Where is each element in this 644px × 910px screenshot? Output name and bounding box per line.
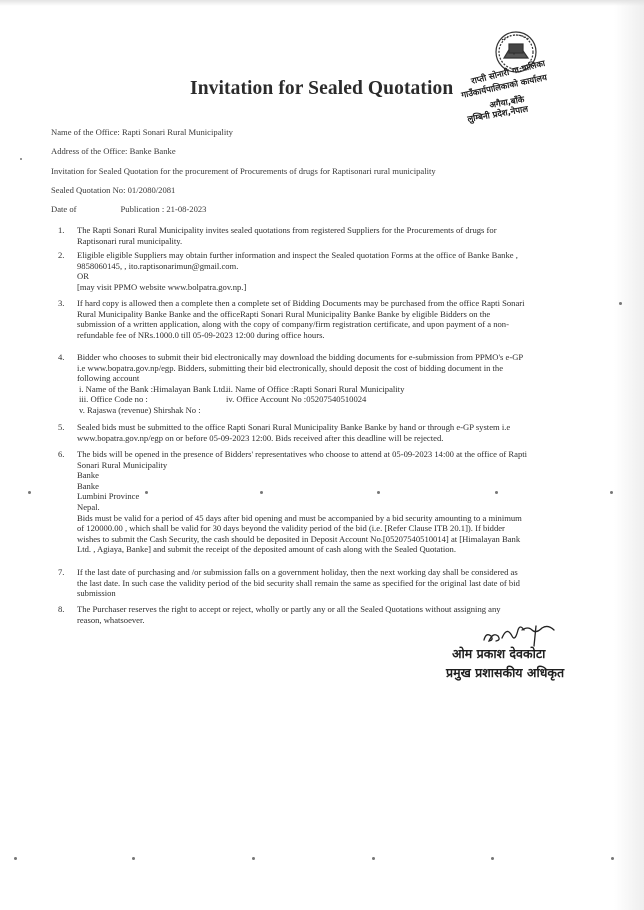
scan-speck	[377, 491, 380, 494]
item-line: Eligible eligible Suppliers may obtain f…	[77, 250, 587, 261]
item-line: Bids must be valid for a period of 45 da…	[77, 513, 587, 524]
scan-speck	[132, 857, 135, 860]
item-line: Lumbini Province	[77, 491, 587, 502]
item-number: 5.	[58, 422, 74, 433]
item-number: 6.	[58, 449, 74, 460]
scan-speck	[28, 491, 31, 494]
list-item-2: 2. Eligible eligible Suppliers may obtai…	[58, 250, 588, 292]
item-number: 8.	[58, 604, 74, 615]
account-row-3: v. Rajaswa (revenue) Shirshak No :	[77, 405, 587, 416]
office-address-field: Address of the Office: Banke Banke	[51, 146, 176, 156]
item-number: 1.	[58, 225, 74, 236]
item-line: the last date. In such case the validity…	[77, 578, 587, 589]
item-line: submission	[77, 588, 587, 599]
scan-speck	[491, 857, 494, 860]
office-code: iii. Office Code no :	[77, 394, 226, 405]
item-line: refundable fee of NRs.1000.0 till 05-09-…	[77, 330, 587, 341]
contact-email-link[interactable]: 9858060145, , ito.raptisonarimun@gmail.c…	[77, 261, 587, 272]
item-number: 4.	[58, 352, 74, 363]
date-label: Date of	[51, 204, 77, 214]
publication-date-field: Date ofPublication : 21-08-2023	[51, 204, 206, 214]
item-line: Sonari Rural Municipality	[77, 460, 587, 471]
scan-top-shade	[0, 0, 644, 6]
item-number: 3.	[58, 298, 74, 309]
office-name-field: Name of the Office: Rapti Sonari Rural M…	[51, 127, 233, 137]
list-item-4: 4. Bidder who chooses to submit their bi…	[58, 352, 588, 416]
item-line: The Rapti Sonari Rural Municipality invi…	[77, 225, 587, 236]
quotation-number-field: Sealed Quotation No: 01/2080/2081	[51, 185, 175, 195]
item-line: The Purchaser reserves the right to acce…	[77, 604, 587, 615]
item-line: submission of a written application, alo…	[77, 319, 587, 330]
item-line: i.e www.bopatra.gov.np/egp. Bidders, sub…	[77, 363, 587, 374]
item-line: If the last date of purchasing and /or s…	[77, 567, 587, 578]
list-item-7: 7. If the last date of purchasing and /o…	[58, 567, 588, 599]
item-line: Rural Municipality Banke Banke and the o…	[77, 309, 587, 320]
bank-name: i. Name of the Bank :Himalayan Bank Ltd.	[77, 384, 226, 395]
scan-speck	[14, 857, 17, 860]
item-line: wishes to submit the Cash Security, the …	[77, 534, 587, 545]
item-line: Bidder who chooses to submit their bid e…	[77, 352, 587, 363]
list-item-3: 3. If hard copy is allowed then a comple…	[58, 298, 588, 340]
scan-speck	[260, 491, 263, 494]
item-line: If hard copy is allowed then a complete …	[77, 298, 587, 309]
document-title: Invitation for Sealed Quotation	[190, 78, 453, 100]
item-number: 7.	[58, 567, 74, 578]
scan-speck	[619, 302, 622, 305]
scan-speck	[20, 158, 22, 160]
item-line: The bids will be opened in the presence …	[77, 449, 587, 460]
item-line: www.bopatra.gov.np/egp on or before 05-0…	[77, 433, 587, 444]
list-item-6: 6. The bids will be opened in the presen…	[58, 449, 588, 555]
item-line: Sealed bids must be submitted to the off…	[77, 422, 587, 433]
government-seal-icon: राप्ती सोनारी गा.पालिका गाउँकार्यपालिकाक…	[448, 18, 578, 138]
account-office-name: ii. Name of Office :Rapti Sonari Rural M…	[226, 384, 404, 394]
document-page: Invitation for Sealed Quotation राप्ती स…	[0, 0, 644, 910]
invitation-field: Invitation for Sealed Quotation for the …	[51, 166, 436, 176]
list-item-1: 1. The Rapti Sonari Rural Municipality i…	[58, 225, 588, 246]
item-line: OR	[77, 271, 587, 282]
item-line: Banke	[77, 470, 587, 481]
item-line: Ltd. , Agiaya, Banke] and submit the rec…	[77, 544, 587, 555]
item-line: Raptisonari rural municipality.	[77, 236, 587, 247]
item-line: Nepal.	[77, 502, 587, 513]
scan-edge-shade	[614, 0, 644, 910]
scan-speck	[372, 857, 375, 860]
signatory-name: ओम प्रकाश देवकोटा	[452, 645, 545, 662]
publication-date: Publication : 21-08-2023	[121, 204, 207, 214]
office-account-number: iv. Office Account No :05207540510024	[226, 394, 366, 404]
list-item-5: 5. Sealed bids must be submitted to the …	[58, 422, 588, 443]
account-row-1: i. Name of the Bank :Himalayan Bank Ltd.…	[77, 384, 587, 395]
item-line: following account	[77, 373, 587, 384]
item-line: of 120000.00 , which shall be valid for …	[77, 523, 587, 534]
scan-speck	[495, 491, 498, 494]
ppmo-website-link[interactable]: [may visit PPMO website www.bolpatra.gov…	[77, 282, 587, 293]
item-number: 2.	[58, 250, 74, 261]
scan-speck	[610, 491, 613, 494]
account-row-2: iii. Office Code no :iv. Office Account …	[77, 394, 587, 405]
revenue-shirshak: v. Rajaswa (revenue) Shirshak No :	[77, 405, 201, 415]
scan-speck	[611, 857, 614, 860]
scan-speck	[145, 491, 148, 494]
item-line: Banke	[77, 481, 587, 492]
scan-speck	[252, 857, 255, 860]
signatory-designation: प्रमुख प्रशासकीय अधिकृत	[446, 664, 564, 681]
